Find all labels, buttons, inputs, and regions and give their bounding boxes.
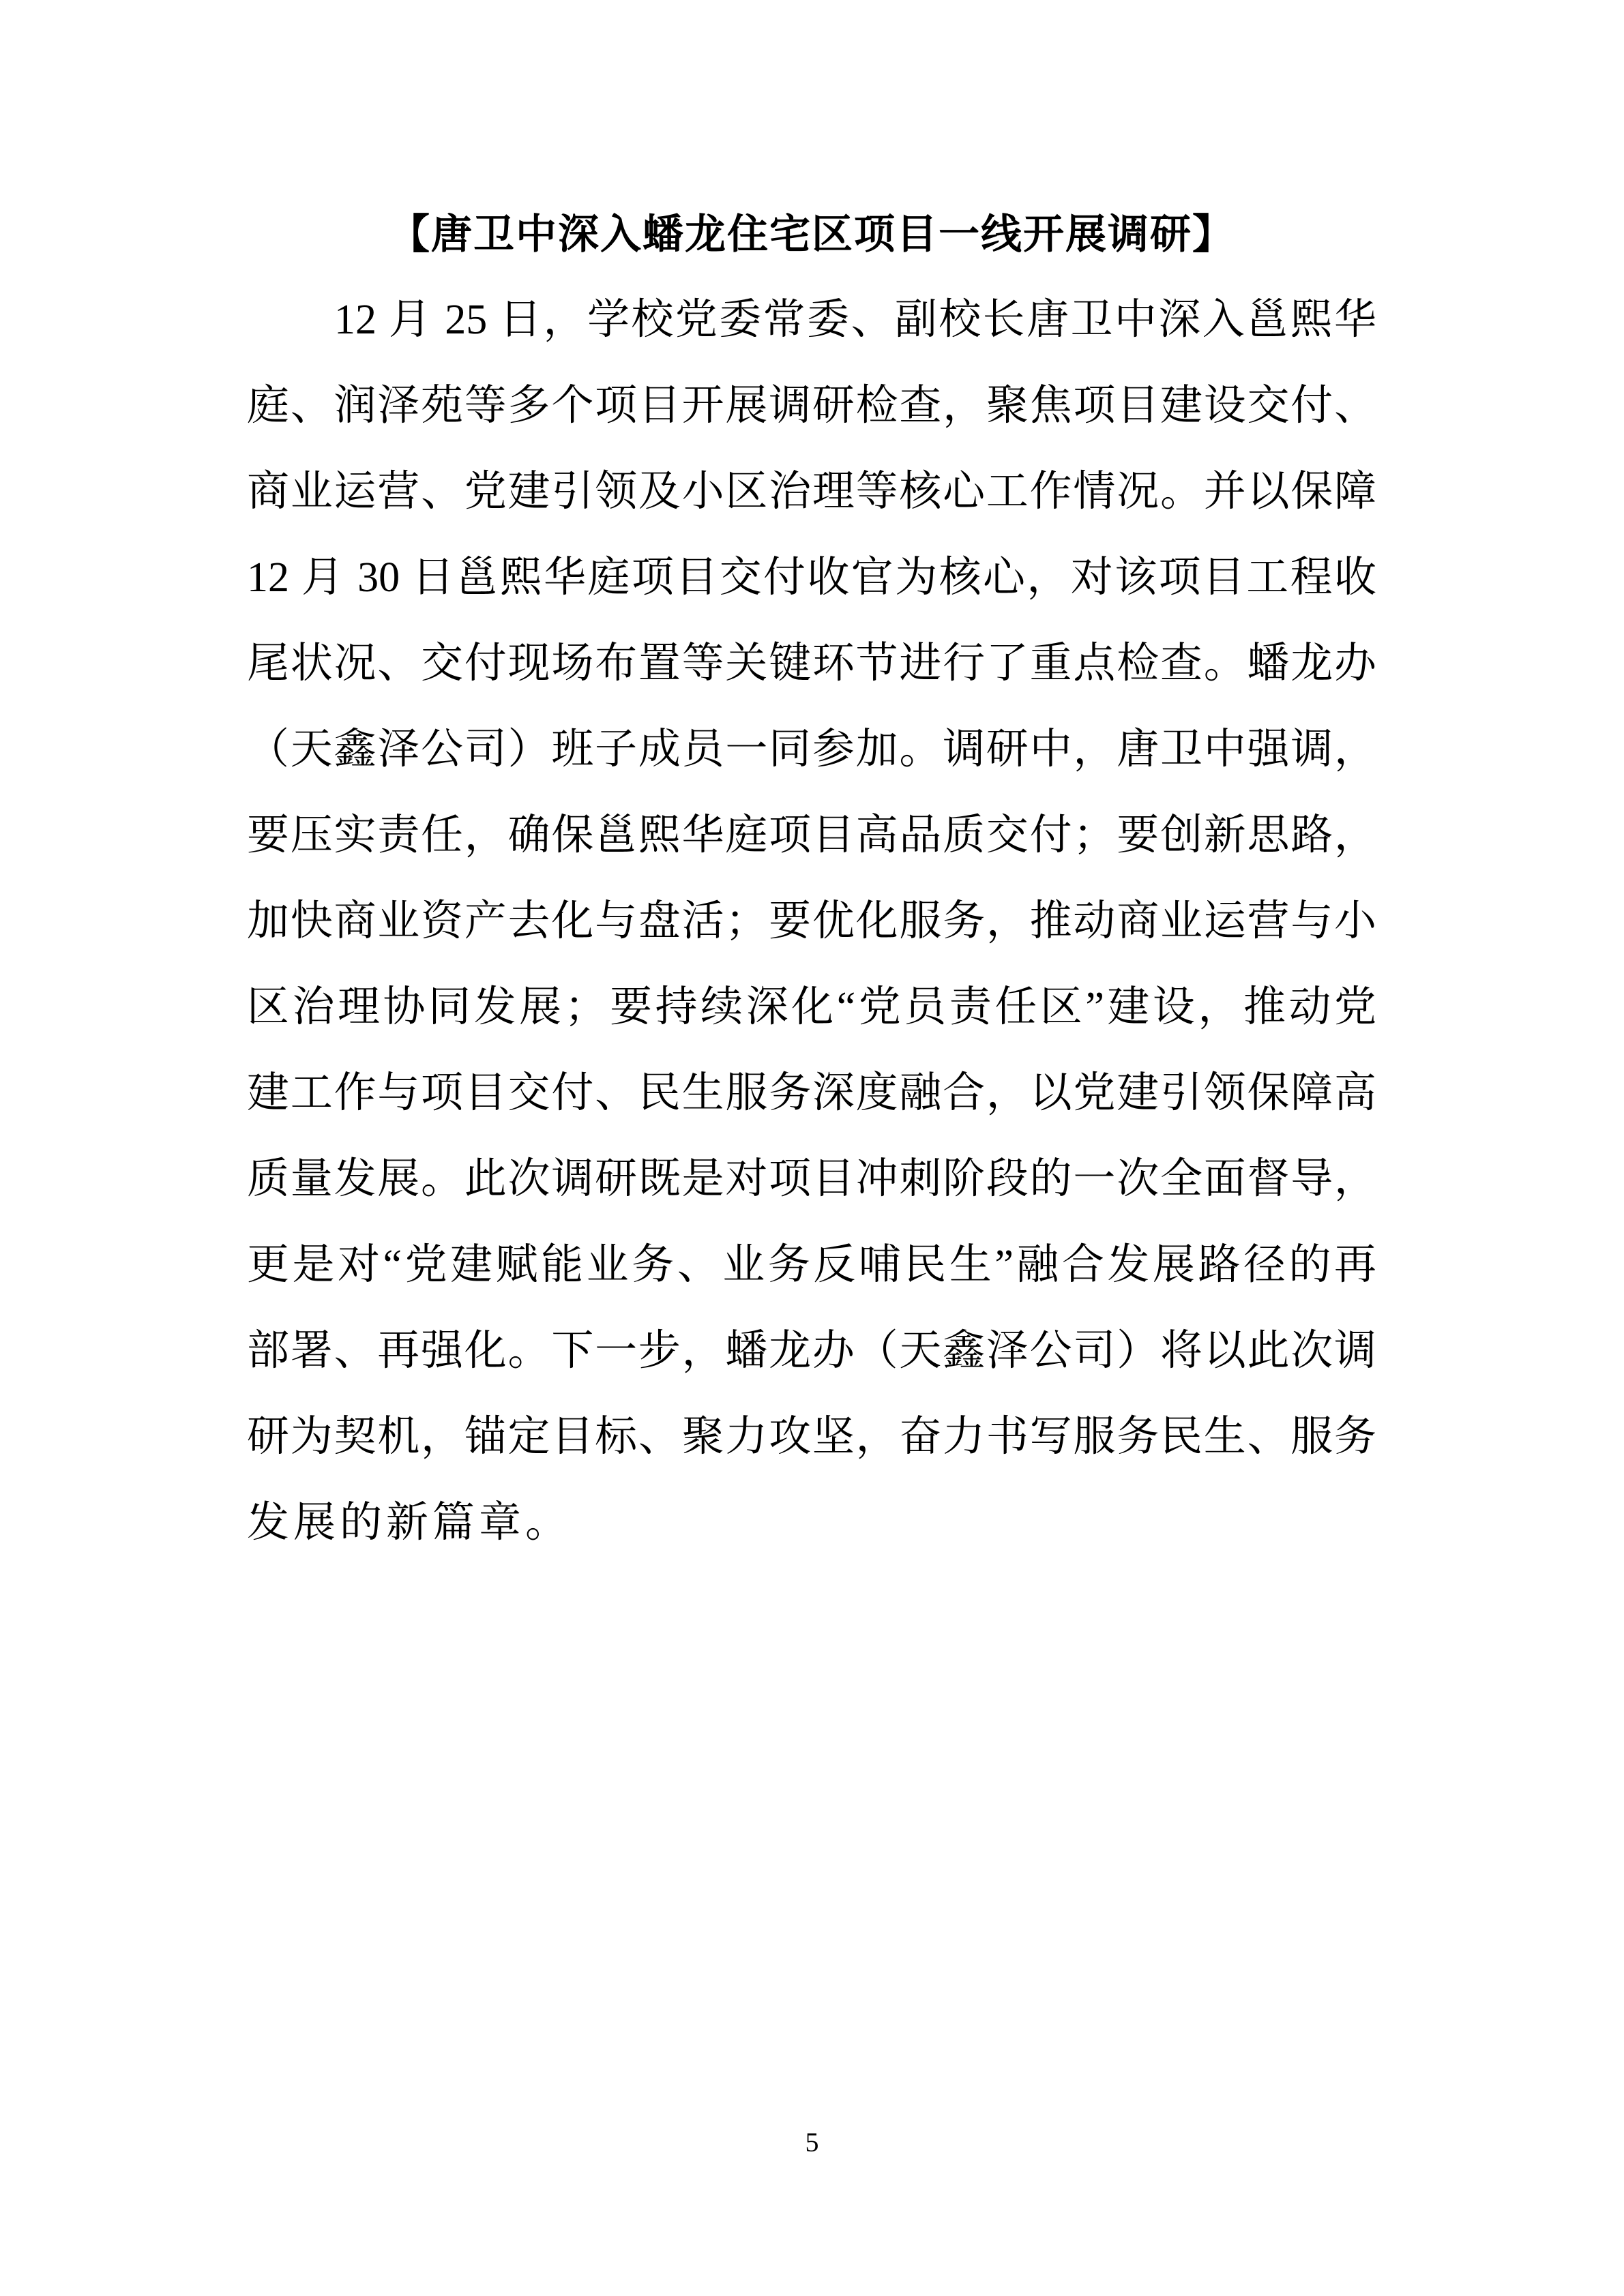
paragraph-line: 发展的新篇章。 <box>247 1480 1376 1566</box>
paragraph-line: 加快商业资产去化与盘活；要优化服务，推动商业运营与小 <box>247 878 1376 964</box>
page-number: 5 <box>0 2126 1624 2159</box>
article-paragraph: 12 月 25 日，学校党委常委、副校长唐卫中深入邕熙华庭、润泽苑等多个项目开展… <box>247 277 1376 1566</box>
paragraph-line: （天鑫泽公司）班子成员一同参加。调研中，唐卫中强调， <box>247 706 1376 792</box>
paragraph-line: 建工作与项目交付、民生服务深度融合，以党建引领保障高 <box>247 1050 1376 1136</box>
paragraph-line: 尾状况、交付现场布置等关键环节进行了重点检查。蟠龙办 <box>247 621 1376 706</box>
paragraph-line: 区治理协同发展；要持续深化“党员责任区”建设，推动党 <box>247 964 1376 1050</box>
paragraph-line: 研为契机，锚定目标、聚力攻坚，奋力书写服务民生、服务 <box>247 1394 1376 1480</box>
document-content: 【唐卫中深入蟠龙住宅区项目一线开展调研】 12 月 25 日，学校党委常委、副校… <box>247 203 1376 1566</box>
article-title: 【唐卫中深入蟠龙住宅区项目一线开展调研】 <box>247 203 1376 266</box>
document-page: 【唐卫中深入蟠龙住宅区项目一线开展调研】 12 月 25 日，学校党委常委、副校… <box>0 0 1624 2296</box>
paragraph-line: 商业运营、党建引领及小区治理等核心工作情况。并以保障 <box>247 449 1376 535</box>
paragraph-line: 质量发展。此次调研既是对项目冲刺阶段的一次全面督导， <box>247 1136 1376 1222</box>
paragraph-line: 更是对“党建赋能业务、业务反哺民生”融合发展路径的再 <box>247 1222 1376 1308</box>
paragraph-line: 部署、再强化。下一步，蟠龙办（天鑫泽公司）将以此次调 <box>247 1308 1376 1394</box>
paragraph-line: 庭、润泽苑等多个项目开展调研检查，聚焦项目建设交付、 <box>247 363 1376 449</box>
paragraph-line: 要压实责任，确保邕熙华庭项目高品质交付；要创新思路， <box>247 792 1376 878</box>
paragraph-line: 12 月 25 日，学校党委常委、副校长唐卫中深入邕熙华 <box>247 277 1376 363</box>
paragraph-line: 12 月 30 日邕熙华庭项目交付收官为核心，对该项目工程收 <box>247 535 1376 621</box>
